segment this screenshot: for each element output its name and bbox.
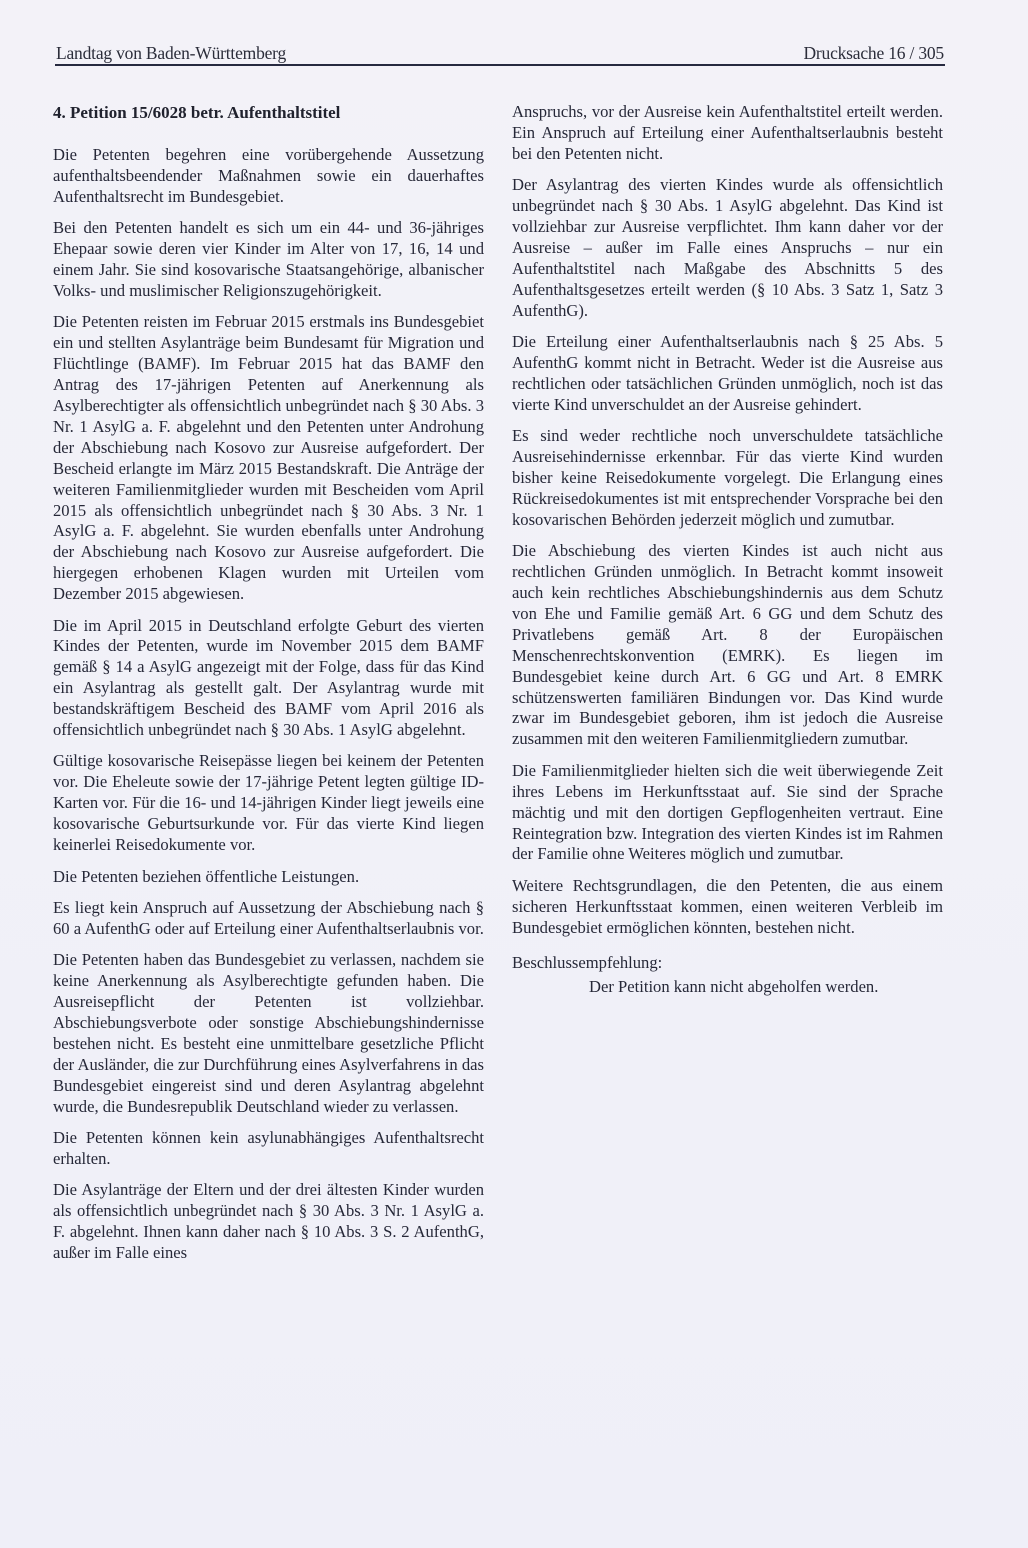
recommendation-text: Der Petition kann nicht abgeholfen werde… [512,977,943,998]
paragraph: Weitere Rechtsgrundlagen, die den Petent… [512,876,943,939]
paragraph: Anspruchs, vor der Ausreise kein Aufenth… [512,102,943,165]
paragraph: Gültige kosovarische Reisepässe liegen b… [53,751,484,856]
header-parliament-name: Landtag von Baden-Württemberg [56,43,286,64]
paragraph: Die im April 2015 in Deutschland erfolgt… [53,616,484,741]
header-rule [55,64,945,66]
recommendation-label: Beschlussempfehlung: [512,953,943,974]
paragraph: Die Petenten reisten im Februar 2015 ers… [53,312,484,605]
paragraph: Die Erteilung einer Aufenthaltserlaubnis… [512,332,943,416]
paragraph: Es sind weder rechtliche noch unverschul… [512,426,943,531]
left-column: 4. Petition 15/6028 betr. Aufenthaltstit… [53,100,484,1274]
document-page: Landtag von Baden-Württemberg Drucksache… [0,0,1028,1548]
petition-title: 4. Petition 15/6028 betr. Aufenthaltstit… [53,102,484,124]
header-document-number: Drucksache 16 / 305 [803,43,944,64]
running-header: Landtag von Baden-Württemberg Drucksache… [56,38,944,64]
paragraph: Die Petenten können kein asylunabhängige… [53,1128,484,1170]
paragraph: Der Asylantrag des vierten Kindes wurde … [512,175,943,321]
paragraph: Die Familienmitglieder hielten sich die … [512,761,943,866]
paragraph: Die Petenten haben das Bundesgebiet zu v… [53,950,484,1117]
right-column: Anspruchs, vor der Ausreise kein Aufenth… [512,100,943,998]
paragraph: Bei den Petenten handelt es sich um ein … [53,218,484,302]
paragraph: Die Asylanträge der Eltern und der drei … [53,1180,484,1264]
paragraph: Die Abschiebung des vierten Kindes ist a… [512,541,943,750]
paragraph: Es liegt kein Anspruch auf Aussetzung de… [53,898,484,940]
paragraph: Die Petenten begehren eine vorübergehend… [53,145,484,208]
paragraph: Die Petenten beziehen öffentliche Leistu… [53,867,484,888]
